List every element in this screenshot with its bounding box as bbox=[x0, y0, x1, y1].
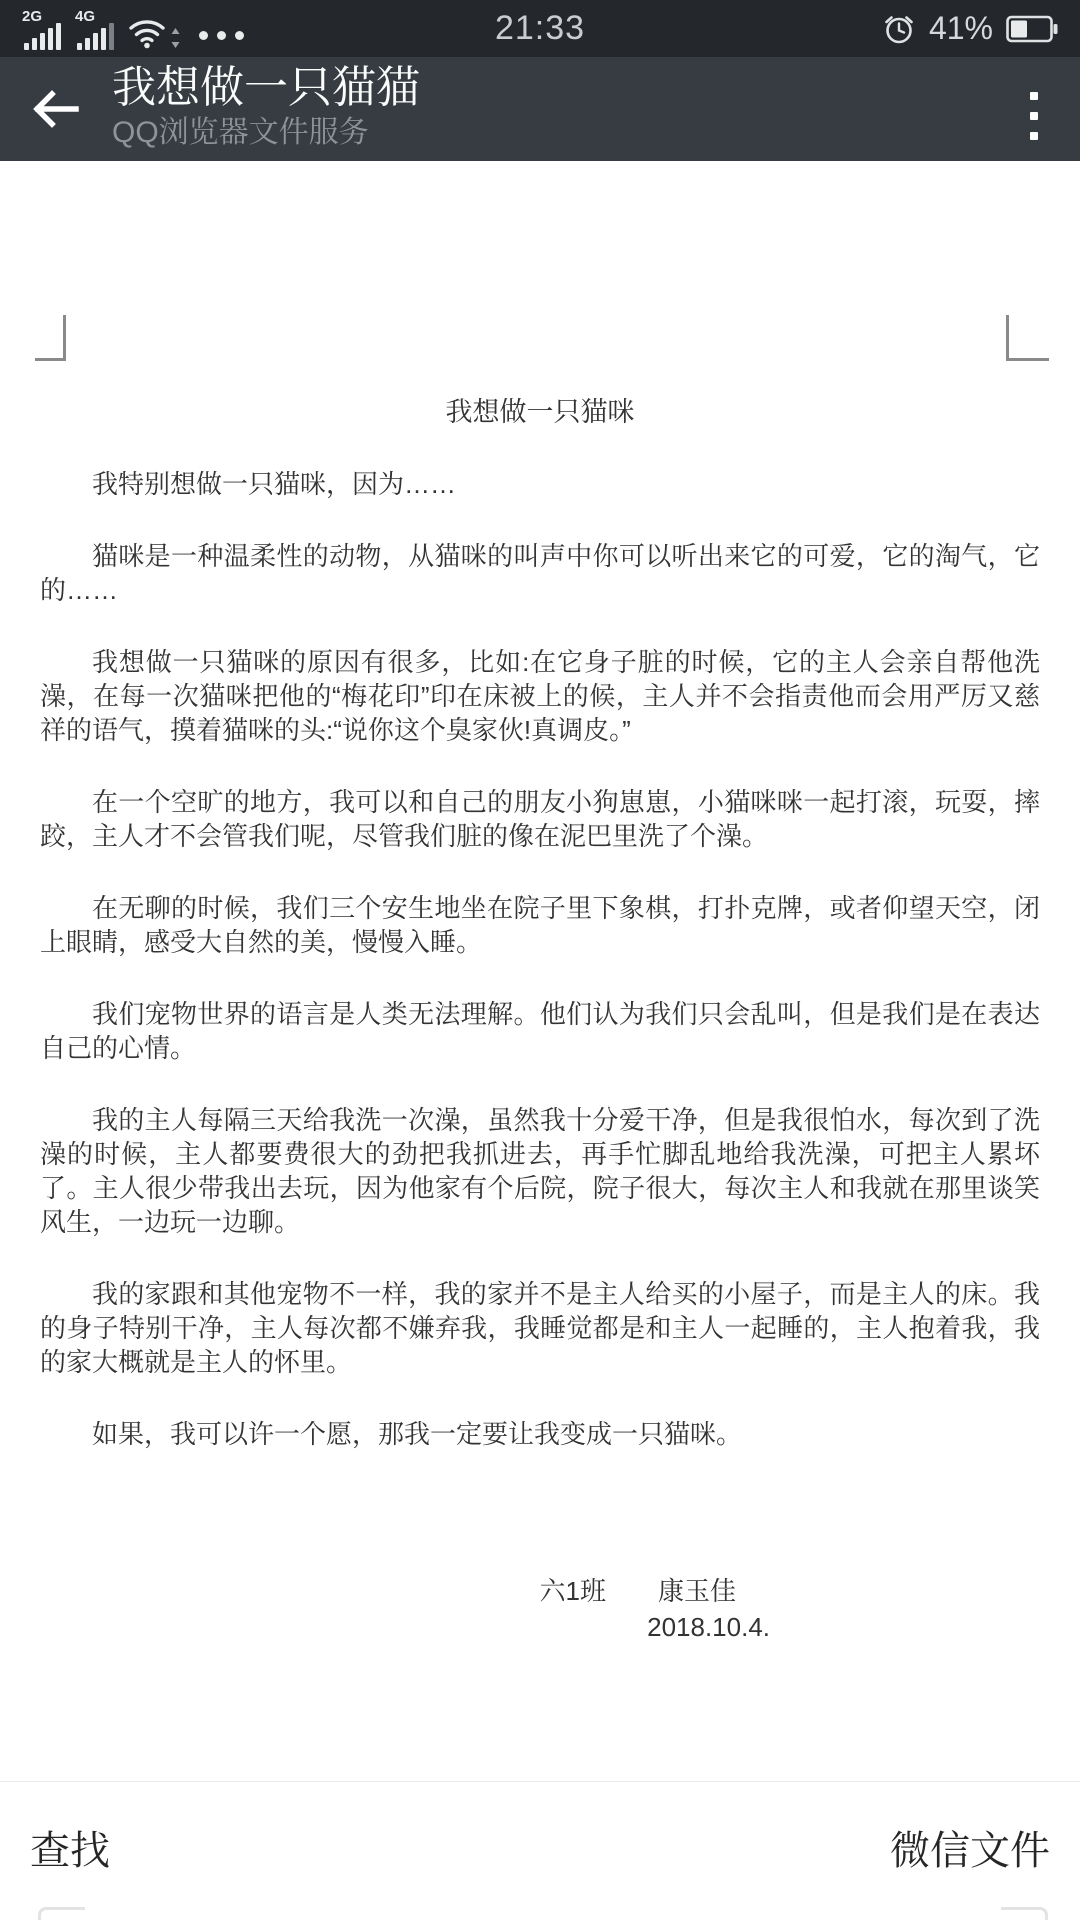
data-transfer-arrows-icon bbox=[170, 27, 181, 49]
arrow-left-icon bbox=[30, 87, 82, 131]
page-corner-mark-top-right bbox=[1006, 315, 1049, 361]
wechat-file-button[interactable]: 微信文件 bbox=[890, 1782, 1050, 1920]
signature-class-author: 六1班 康玉佳 bbox=[40, 1573, 770, 1609]
signal-sim2-icon: 4G bbox=[75, 8, 114, 50]
status-left-icons: 2G 4G bbox=[22, 8, 244, 50]
sim2-network-label: 4G bbox=[75, 9, 95, 24]
essay-paragraph: 在无聊的时候，我们三个安生地坐在院子里下象棋，打扑克牌，或者仰望天空，闭上眼睛，… bbox=[40, 891, 1040, 959]
signature-date: 2018.10.4. bbox=[40, 1609, 770, 1645]
wifi-icon bbox=[128, 16, 181, 49]
page-corner-mark-top-left bbox=[35, 315, 66, 361]
essay-paragraph: 如果，我可以许一个愿，那我一定要让我变成一只猫咪。 bbox=[40, 1417, 1040, 1451]
sim1-network-label: 2G bbox=[22, 9, 42, 24]
essay-paragraph: 我想做一只猫咪的原因有很多，比如:在它身子脏的时候，它的主人会亲自帮他洗澡，在每… bbox=[40, 645, 1040, 747]
essay-paragraph: 我的家跟和其他宠物不一样，我的家并不是主人给买的小屋子，而是主人的床。我的身子特… bbox=[40, 1277, 1040, 1379]
battery-icon bbox=[1006, 15, 1058, 43]
page-subtitle: QQ浏览器文件服务 bbox=[112, 114, 988, 152]
find-button[interactable]: 查找 bbox=[30, 1782, 110, 1920]
next-page-corner-left bbox=[38, 1907, 85, 1920]
page-title: 我想做一只猫猫 bbox=[112, 62, 988, 114]
phone-screen: 2G 4G bbox=[0, 0, 1080, 1920]
battery-percent: 41% bbox=[929, 10, 993, 47]
next-page-corner-right bbox=[1001, 1907, 1048, 1920]
app-header: 我想做一只猫猫 QQ浏览器文件服务 bbox=[0, 57, 1080, 161]
status-right-icons: 41% bbox=[882, 10, 1058, 47]
back-button[interactable] bbox=[0, 57, 112, 161]
alarm-clock-icon bbox=[882, 12, 916, 46]
vertical-ellipsis-icon bbox=[1030, 92, 1038, 100]
document-content: 我想做一只猫咪 我特别想做一只猫咪，因为……猫咪是一种温柔性的动物，从猫咪的叫声… bbox=[0, 395, 1080, 1645]
signal-sim1-icon: 2G bbox=[22, 8, 61, 50]
status-time: 21:33 bbox=[495, 9, 585, 48]
bottom-toolbar: 查找 微信文件 bbox=[0, 1781, 1080, 1920]
essay-paragraph: 我特别想做一只猫咪，因为…… bbox=[40, 467, 1040, 501]
essay-title: 我想做一只猫咪 bbox=[40, 395, 1040, 429]
more-menu-button[interactable] bbox=[988, 57, 1080, 161]
essay-paragraph: 猫咪是一种温柔性的动物，从猫咪的叫声中你可以听出来它的可爱，它的淘气，它的…… bbox=[40, 539, 1040, 607]
essay-signature: 六1班 康玉佳 2018.10.4. bbox=[40, 1573, 1040, 1645]
status-bar: 2G 4G bbox=[0, 0, 1080, 57]
essay-paragraph: 我的主人每隔三天给我洗一次澡，虽然我十分爱干净，但是我很怕水，每次到了洗澡的时候… bbox=[40, 1103, 1040, 1239]
document-viewer[interactable]: 我想做一只猫咪 我特别想做一只猫咪，因为……猫咪是一种温柔性的动物，从猫咪的叫声… bbox=[0, 161, 1080, 1781]
essay-paragraph: 在一个空旷的地方，我可以和自己的朋友小狗崽崽，小猫咪咪一起打滚，玩耍，摔跤，主人… bbox=[40, 785, 1040, 853]
essay-paragraph: 我们宠物世界的语言是人类无法理解。他们认为我们只会乱叫，但是我们是在表达自己的心… bbox=[40, 997, 1040, 1065]
header-titles: 我想做一只猫猫 QQ浏览器文件服务 bbox=[112, 57, 988, 152]
notification-overflow-dots-icon bbox=[199, 31, 244, 40]
essay-paragraphs: 我特别想做一只猫咪，因为……猫咪是一种温柔性的动物，从猫咪的叫声中你可以听出来它… bbox=[40, 467, 1040, 1451]
